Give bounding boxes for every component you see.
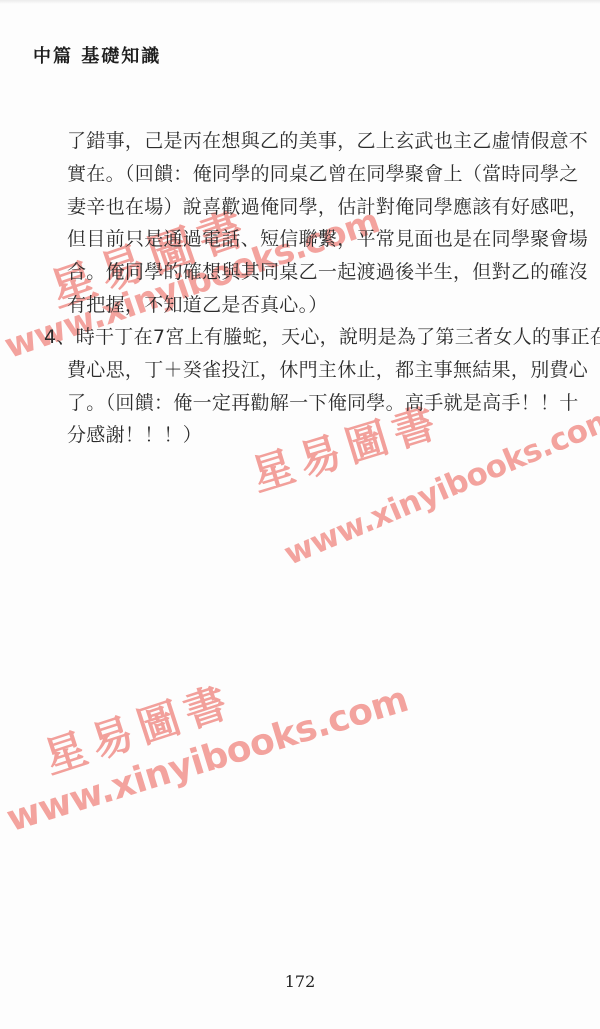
text-line: 有把握，不知道乙是否真心。） (67, 290, 587, 316)
text-line (67, 573, 587, 599)
list-item-line: 費心思，丁＋癸雀投江，休門主休止，都主事無結果，別費心 (67, 355, 587, 381)
text-line: 了錯事，己是丙在想與乙的美事，乙上玄武也主乙虛情假意不 (67, 126, 587, 152)
text-line: 但目前只是通過電話、短信聯繫，平常見面也是在同學聚會場 (67, 224, 587, 250)
list-item-line: 了。（回饋：俺一定再勸解一下俺同學。高手就是高手！！十 (67, 388, 587, 414)
text-line (67, 542, 587, 568)
list-item-line: 4、時干丁在7宮上有螣蛇，天心，說明是為了第三者女人的事正在 (44, 322, 564, 348)
text-line: 實在。（回饋：俺同學的同桌乙曾在同學聚會上（當時同學之 (67, 159, 587, 185)
watermark-brand-stamp: 星易圖書 (36, 668, 241, 786)
watermark-url: www.xinyibooks.com (2, 679, 413, 840)
list-item-line: 分感謝！！！） (67, 420, 587, 446)
page-number: 172 (0, 972, 600, 991)
chapter-header: 中篇 基礎知識 (33, 42, 161, 68)
book-page: 星易圖書 www.xinyibooks.com 星易圖書 www.xinyibo… (0, 0, 600, 1029)
text-line (67, 605, 587, 631)
text-line: 妻辛也在場）說喜歡過俺同學，估計對俺同學應該有好感吧， (67, 192, 587, 218)
text-line (67, 510, 587, 536)
text-line: 合。俺同學的確想與其同桌乙一起渡過後半生，但對乙的確沒 (67, 257, 587, 283)
